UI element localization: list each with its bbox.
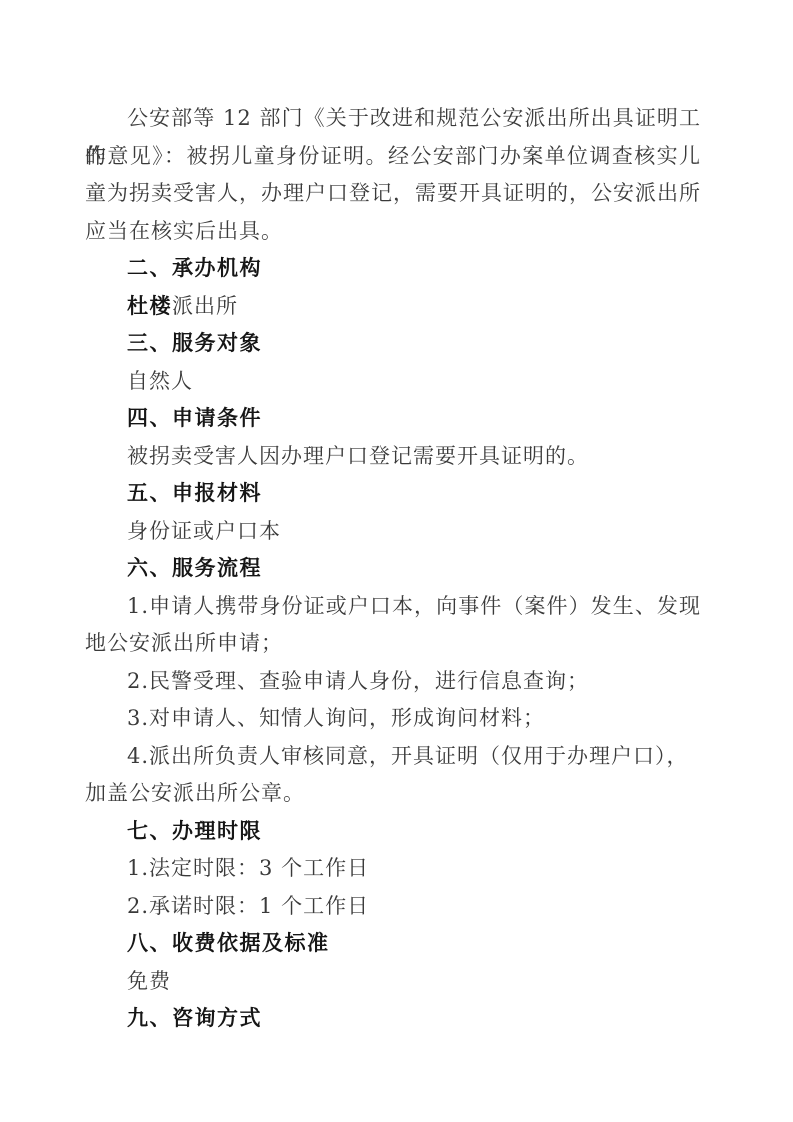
body-text: 童为拐卖受害人，办理户口登记，需要开具证明的，公安派出所 bbox=[85, 181, 701, 205]
document-line: 被拐卖受害人因办理户口登记需要开具证明的。 bbox=[85, 438, 701, 476]
heading-text: 五、申报材料 bbox=[127, 481, 262, 505]
document-line: 自然人 bbox=[85, 363, 701, 401]
document-line: 免费 bbox=[85, 963, 701, 1001]
body-text: 加盖公安派出所公章。 bbox=[85, 781, 305, 805]
heading-text: 杜楼 bbox=[127, 294, 172, 318]
heading-text: 八、收费依据及标准 bbox=[127, 931, 330, 955]
document-line: 2.承诺时限：1 个工作日 bbox=[85, 888, 701, 926]
body-text: 3.对申请人、知情人询问，形成询问材料； bbox=[127, 706, 545, 730]
document-page: 公安部等 12 部门《关于改进和规范公安派出所出具证明工作的意见》：被拐儿童身份… bbox=[0, 0, 793, 1122]
body-text: 1.申请人携带身份证或户口本，向事件（案件）发生、发现 bbox=[127, 594, 701, 618]
body-text: 身份证或户口本 bbox=[127, 519, 281, 543]
body-text: 自然人 bbox=[127, 369, 193, 393]
body-text: 1.法定时限：3 个工作日 bbox=[127, 856, 369, 880]
document-line: 公安部等 12 部门《关于改进和规范公安派出所出具证明工作 bbox=[85, 100, 701, 138]
body-text: 地公安派出所申请； bbox=[85, 631, 283, 655]
document-line: 六、服务流程 bbox=[85, 550, 701, 588]
document-line: 4.派出所负责人审核同意，开具证明（仅用于办理户口）， bbox=[85, 738, 701, 776]
document-line: 地公安派出所申请； bbox=[85, 625, 701, 663]
document-line: 2.民警受理、查验申请人身份，进行信息查询； bbox=[85, 663, 701, 701]
document-line: 1.申请人携带身份证或户口本，向事件（案件）发生、发现 bbox=[85, 588, 701, 626]
heading-text: 七、办理时限 bbox=[127, 819, 262, 843]
document-line: 应当在核实后出具。 bbox=[85, 213, 701, 251]
document-line: 的意见》：被拐儿童身份证明。经公安部门办案单位调查核实儿 bbox=[85, 138, 701, 176]
heading-text: 三、服务对象 bbox=[127, 331, 262, 355]
body-text: 免费 bbox=[127, 969, 171, 993]
document-line: 身份证或户口本 bbox=[85, 513, 701, 551]
document-line: 八、收费依据及标准 bbox=[85, 925, 701, 963]
document-line: 二、承办机构 bbox=[85, 250, 701, 288]
document-line: 杜楼派出所 bbox=[85, 288, 701, 326]
heading-text: 四、申请条件 bbox=[127, 406, 262, 430]
heading-text: 二、承办机构 bbox=[127, 256, 262, 280]
document-line: 1.法定时限：3 个工作日 bbox=[85, 850, 701, 888]
body-text: 2.民警受理、查验申请人身份，进行信息查询； bbox=[127, 669, 589, 693]
document-line: 七、办理时限 bbox=[85, 813, 701, 851]
heading-text: 六、服务流程 bbox=[127, 556, 262, 580]
document-line: 三、服务对象 bbox=[85, 325, 701, 363]
body-text: 4.派出所负责人审核同意，开具证明（仅用于办理户口）， bbox=[127, 744, 689, 768]
body-text: 2.承诺时限：1 个工作日 bbox=[127, 894, 369, 918]
body-text: 派出所 bbox=[172, 294, 238, 318]
document-line: 四、申请条件 bbox=[85, 400, 701, 438]
heading-text: 九、咨询方式 bbox=[127, 1006, 262, 1030]
document-line: 童为拐卖受害人，办理户口登记，需要开具证明的，公安派出所 bbox=[85, 175, 701, 213]
body-text: 被拐卖受害人因办理户口登记需要开具证明的。 bbox=[127, 444, 589, 468]
document-line: 五、申报材料 bbox=[85, 475, 701, 513]
document-line: 九、咨询方式 bbox=[85, 1000, 701, 1038]
document-body: 公安部等 12 部门《关于改进和规范公安派出所出具证明工作的意见》：被拐儿童身份… bbox=[85, 100, 701, 1038]
body-text: 应当在核实后出具。 bbox=[85, 219, 283, 243]
body-text: 的意见》：被拐儿童身份证明。经公安部门办案单位调查核实儿 bbox=[85, 144, 701, 168]
document-line: 加盖公安派出所公章。 bbox=[85, 775, 701, 813]
document-line: 3.对申请人、知情人询问，形成询问材料； bbox=[85, 700, 701, 738]
